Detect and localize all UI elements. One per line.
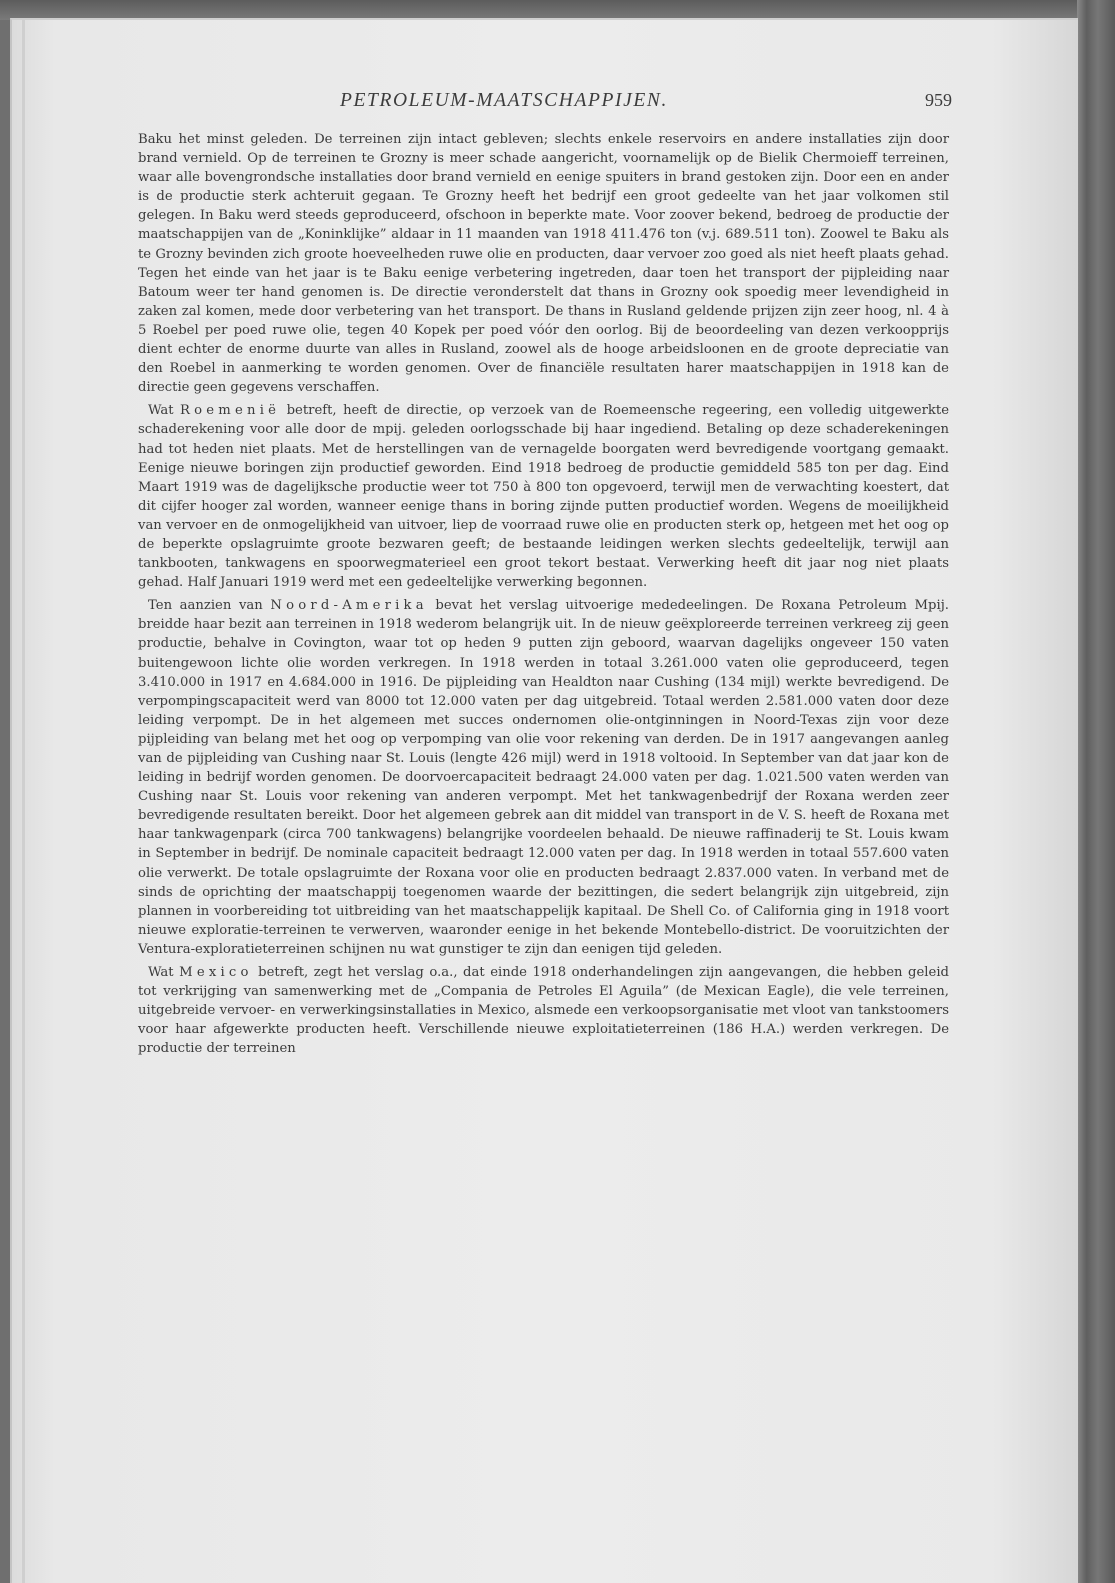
paragraph-mexico: Wat Mexico betreft, zegt het verslag o.a… [138, 963, 949, 1058]
paragraph-russia: Baku het minst geleden. De terreinen zij… [138, 130, 949, 397]
paragraph-text: betreft, heeft de directie, op verzoek v… [138, 403, 949, 590]
body-text: Baku het minst geleden. De terreinen zij… [138, 130, 949, 1063]
paragraph-text: bevat het verslag uitvoerige mededeeling… [138, 598, 949, 957]
paragraph-lead: Wat [148, 965, 179, 980]
paragraph-lead: Wat [148, 403, 180, 418]
paragraph-region: Mexico [179, 965, 253, 980]
paragraph-region: Noord-Amerika [270, 598, 427, 613]
scan-top-edge [0, 0, 1115, 20]
paragraph-text: betreft, zegt het verslag o.a., dat eind… [138, 965, 949, 1056]
page-left-rule [22, 20, 25, 1583]
page-number: 959 [925, 90, 952, 111]
running-head: PETROLEUM-MAATSCHAPPIJEN. [340, 90, 668, 112]
book-binding-edge [1077, 0, 1115, 1583]
paragraph-text: Baku het minst geleden. De terreinen zij… [138, 132, 949, 395]
paragraph-region: Roemenië [180, 403, 280, 418]
paragraph-north-america: Ten aanzien van Noord-Amerika bevat het … [138, 596, 949, 959]
paragraph-romania: Wat Roemenië betreft, heeft de directie,… [138, 401, 949, 592]
paragraph-lead: Ten aanzien van [148, 598, 270, 613]
